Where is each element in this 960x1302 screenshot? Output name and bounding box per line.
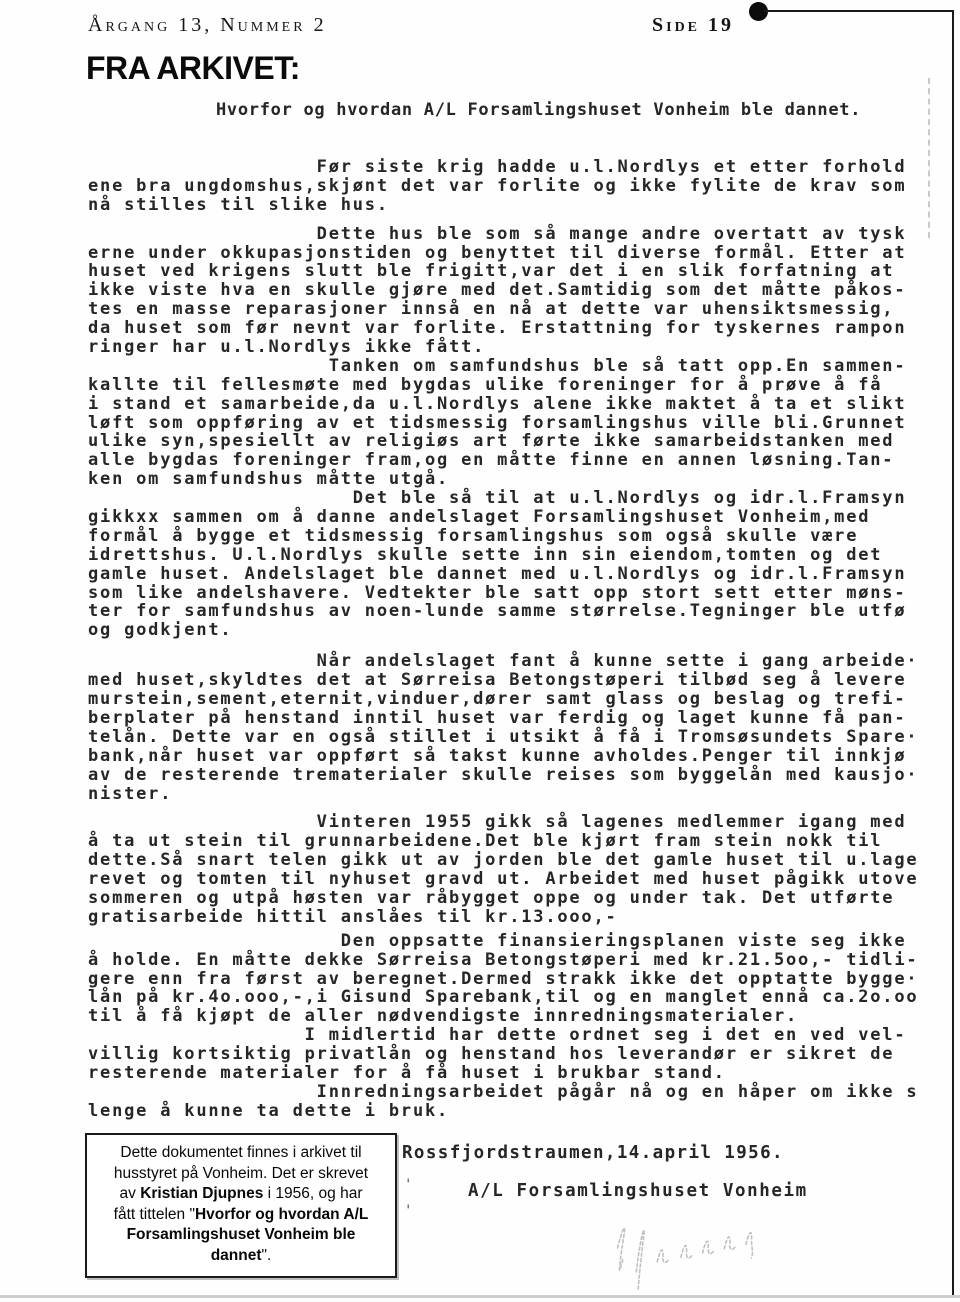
scanned-newsletter-page: Årgang 13, Nummer 2 Side 19 FRA ARKIVET:…	[0, 0, 960, 1302]
typewriter-paragraph: Det ble så til at u.l.Nordlys og idr.l.F…	[88, 489, 918, 640]
typewriter-paragraph: Tanken om samfundshus ble så tatt opp.En…	[88, 357, 918, 489]
typewriter-line: huset ved krigens slutt ble frigitt,var …	[88, 262, 918, 281]
caption-line: husstyret på Vonheim. Det er skrevet	[93, 1164, 389, 1185]
typewriter-line: å holde. En måtte dekke Sørreisa Betongs…	[88, 951, 918, 970]
typewriter-line: og godkjent.	[88, 621, 918, 640]
typewriter-line: Før siste krig hadde u.l.Nordlys et ette…	[88, 158, 918, 177]
caption-box: Dette dokumentet finnes i arkivet tilhus…	[85, 1133, 397, 1278]
typewriter-line: resterende materialer for å få huset i b…	[88, 1064, 918, 1083]
bottom-edge-rule	[0, 1295, 960, 1298]
typewriter-line: gamle huset. Andelslaget ble dannet med …	[88, 565, 918, 584]
typewriter-paragraph: Før siste krig hadde u.l.Nordlys et ette…	[88, 158, 918, 215]
typewriter-body: Før siste krig hadde u.l.Nordlys et ette…	[88, 158, 918, 1121]
typewriter-line: nister.	[88, 785, 918, 804]
typewriter-line: ene bra ungdomshus,skjønt det var forlit…	[88, 177, 918, 196]
typewriter-line: ikke viste hva en skulle gjøre med det.S…	[88, 281, 918, 300]
typewriter-paragraph: Innredningsarbeidet pågår nå og en håper…	[88, 1083, 918, 1121]
right-edge-rule	[952, 10, 954, 1295]
typewriter-line: ken om samfundshus måtte utgå.	[88, 470, 918, 489]
caption-line: dannet".	[93, 1246, 389, 1267]
typewriter-paragraph: Vinteren 1955 gikk så lagenes medlemmer …	[88, 813, 918, 926]
typewriter-line: nå stilles til slike hus.	[88, 196, 918, 215]
typewriter-line: alle bygdas foreninger fram,og en måtte …	[88, 451, 918, 470]
typewriter-line: gikkxx sammen om å danne andelslaget For…	[88, 508, 918, 527]
caption-line: fått tittelen "Hvorfor og hvordan A/L	[93, 1205, 389, 1226]
typewriter-line: ter for samfundshus av noen-lunde samme …	[88, 602, 918, 621]
typewriter-line: lenge å kunne ta dette i bruk.	[88, 1102, 918, 1121]
typewriter-line: løft som oppføring av et tidsmessig fors…	[88, 414, 918, 433]
typewriter-line: med huset,skyldtes det at Sørreisa Beton…	[88, 671, 918, 690]
typewriter-paragraph: Når andelslaget fant å kunne sette i gan…	[88, 652, 918, 803]
typewriter-line: Den oppsatte finansieringsplanen viste s…	[88, 932, 918, 951]
scan-stray-marks: ''	[404, 1172, 412, 1224]
header-page-number: Side 19	[652, 14, 734, 37]
document-title: Hvorfor og hvordan A/L Forsamlingshuset …	[216, 100, 861, 120]
typewriter-line: formål å bygge et tidsmessig forsamlings…	[88, 527, 918, 546]
typewriter-line: gratisarbeide hittil anslåes til kr.13.o…	[88, 908, 918, 927]
typewriter-paragraph: Dette hus ble som så mange andre overtat…	[88, 225, 918, 357]
typewriter-line: berplater på henstand inntil huset var f…	[88, 709, 918, 728]
section-title: FRA ARKIVET:	[86, 50, 300, 87]
scan-fold-line	[928, 78, 930, 238]
typewriter-line: Dette hus ble som så mange andre overtat…	[88, 225, 918, 244]
caption-text: Dette dokumentet finnes i arkivet tilhus…	[93, 1143, 389, 1266]
caption-line: Dette dokumentet finnes i arkivet til	[93, 1143, 389, 1164]
typewriter-line: sommeren og utpå høsten var råbygget opp…	[88, 889, 918, 908]
typewriter-line: Det ble så til at u.l.Nordlys og idr.l.F…	[88, 489, 918, 508]
typewriter-line: murstein,sement,eternit,vinduer,dører sa…	[88, 690, 918, 709]
caption-line: av Kristian Djupnes i 1956, og har	[93, 1184, 389, 1205]
typewriter-line: lån på kr.4o.ooo,-,i Gisund Sparebank,ti…	[88, 988, 918, 1007]
typewriter-line: telån. Dette var en også stillet i utsik…	[88, 728, 918, 747]
typewriter-paragraph: I midlertid har dette ordnet seg i det e…	[88, 1026, 918, 1083]
typewriter-line: da huset som før nevnt var forlite. Erst…	[88, 319, 918, 338]
typewriter-line: idrettshus. U.l.Nordlys skulle sette inn…	[88, 546, 918, 565]
typewriter-line: Når andelslaget fant å kunne sette i gan…	[88, 652, 918, 671]
typewriter-line: kallte til fellesmøte med bygdas ulike f…	[88, 376, 918, 395]
typewriter-line: gere enn fra først av beregnet.Dermed st…	[88, 970, 918, 989]
typewriter-line: I midlertid har dette ordnet seg i det e…	[88, 1026, 918, 1045]
typewriter-line: som like andelshavere. Vedtekter ble sat…	[88, 584, 918, 603]
top-right-rule	[764, 10, 954, 12]
typewriter-line: dette.Så snart telen gikk ut av jorden b…	[88, 851, 918, 870]
header-issue: Årgang 13, Nummer 2	[88, 14, 327, 37]
typewriter-line: Tanken om samfundshus ble så tatt opp.En…	[88, 357, 918, 376]
typewriter-line: i stand et samarbeide,da u.l.Nordlys ale…	[88, 395, 918, 414]
typewriter-paragraph: Den oppsatte finansieringsplanen viste s…	[88, 932, 918, 1026]
typewriter-line: til å få kjøpt de aller nødvendigste inn…	[88, 1007, 918, 1026]
typewriter-line: tes en masse reparasjoner innså en nå at…	[88, 300, 918, 319]
caption-line: Forsamlingshuset Vonheim ble	[93, 1225, 389, 1246]
typewriter-line: villig kortsiktig privatlån og henstand …	[88, 1045, 918, 1064]
dateline: Rossfjordstraumen,14.april 1956.	[402, 1143, 784, 1163]
typewriter-line: av de resterende trematerialer skulle re…	[88, 766, 918, 785]
typewriter-line: Innredningsarbeidet pågår nå og en håper…	[88, 1083, 918, 1102]
typewriter-line: Vinteren 1955 gikk så lagenes medlemmer …	[88, 813, 918, 832]
typewriter-line: erne under okkupasjonstiden og benyttet …	[88, 244, 918, 263]
typewriter-line: ulike syn,spesiellt av religiøs art ført…	[88, 432, 918, 451]
handwritten-signature	[596, 1191, 790, 1302]
typewriter-line: bank,når huset var oppført så takst kunn…	[88, 747, 918, 766]
typewriter-line: revet og tomten til nyhuset gravd ut. Ar…	[88, 870, 918, 889]
typewriter-line: å ta ut stein til grunnarbeidene.Det ble…	[88, 832, 918, 851]
typewriter-line: ringer har u.l.Nordlys ikke fått.	[88, 338, 918, 357]
